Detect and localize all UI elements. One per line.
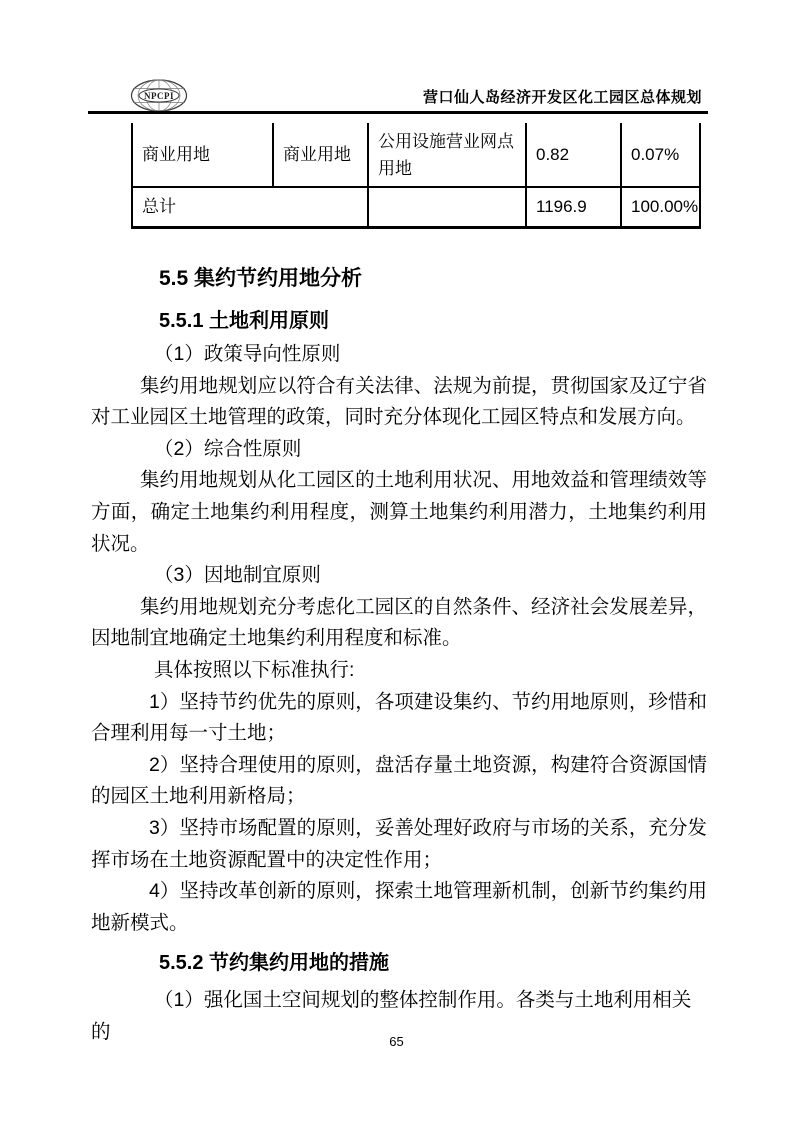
list-item-1: 1）坚持节约优先的原则，各项建设集约、节约用地原则，珍惜和合理利用每一寸土地； <box>91 687 707 750</box>
cell-total-percent: 100.00% <box>621 187 700 227</box>
list-item-4: 4）坚持改革创新的原则，探索土地管理新机制，创新节约集约用地新模式。 <box>91 876 707 939</box>
cell-category: 商业用地 <box>132 123 273 187</box>
standards-intro: 具体按照以下标准执行: <box>91 655 707 687</box>
cell-area: 0.82 <box>526 123 621 187</box>
paragraph: 集约用地规划应以符合有关法律、法规为前提，贯彻国家及辽宁省对工业园区土地管理的政… <box>91 371 707 434</box>
principle-label-1: （1）政策导向性原则 <box>91 339 707 371</box>
cell-total-area: 1196.9 <box>526 187 621 227</box>
principle-label-2: （2）综合性原则 <box>91 434 707 466</box>
section-heading-5-5-1: 5.5.1 土地利用原则 <box>91 308 707 334</box>
document-body: 5.5 集约节约用地分析 5.5.1 土地利用原则 （1）政策导向性原则 集约用… <box>91 252 707 1048</box>
npcpi-globe-logo-icon: NPCPI <box>130 78 188 113</box>
document-title: 营口仙人岛经济开发区化工园区总体规划 <box>423 90 702 107</box>
paragraph: 集约用地规划充分考虑化工园区的自然条件、经济社会发展差异，因地制宜地确定土地集约… <box>91 592 707 655</box>
cell-subcategory: 商业用地 <box>273 123 368 187</box>
svg-text:NPCPI: NPCPI <box>144 91 174 101</box>
cell-detail: 公用设施营业网点用地 <box>368 123 526 187</box>
list-item-3: 3）坚持市场配置的原则，妥善处理好政府与市场的关系，充分发挥市场在土地资源配置中… <box>91 813 707 876</box>
section-heading-5-5-2: 5.5.2 节约集约用地的措施 <box>91 950 707 976</box>
cell-total-detail <box>368 187 526 227</box>
page-number: 65 <box>389 1034 403 1049</box>
landuse-table: 商业用地 商业用地 公用设施营业网点用地 0.82 0.07% 总计 1196.… <box>131 123 701 229</box>
table-row-commercial: 商业用地 商业用地 公用设施营业网点用地 0.82 0.07% <box>132 123 700 187</box>
paragraph: 集约用地规划从化工园区的土地利用状况、用地效益和管理绩效等方面，确定土地集约利用… <box>91 465 707 560</box>
header-rule <box>88 111 708 114</box>
page-footer: 65 <box>0 1034 793 1049</box>
cell-total-label: 总计 <box>132 187 368 227</box>
document-page: NPCPI 营口仙人岛经济开发区化工园区总体规划 商业用地 商业用地 公用设施营… <box>0 0 793 1122</box>
list-item-2: 2）坚持合理使用的原则，盘活存量土地资源，构建符合资源国情的园区土地利用新格局； <box>91 750 707 813</box>
cell-percent: 0.07% <box>621 123 700 187</box>
section-heading-5-5: 5.5 集约节约用地分析 <box>91 266 707 292</box>
table-row-total: 总计 1196.9 100.00% <box>132 187 700 227</box>
principle-label-3: （3）因地制宜原则 <box>91 560 707 592</box>
